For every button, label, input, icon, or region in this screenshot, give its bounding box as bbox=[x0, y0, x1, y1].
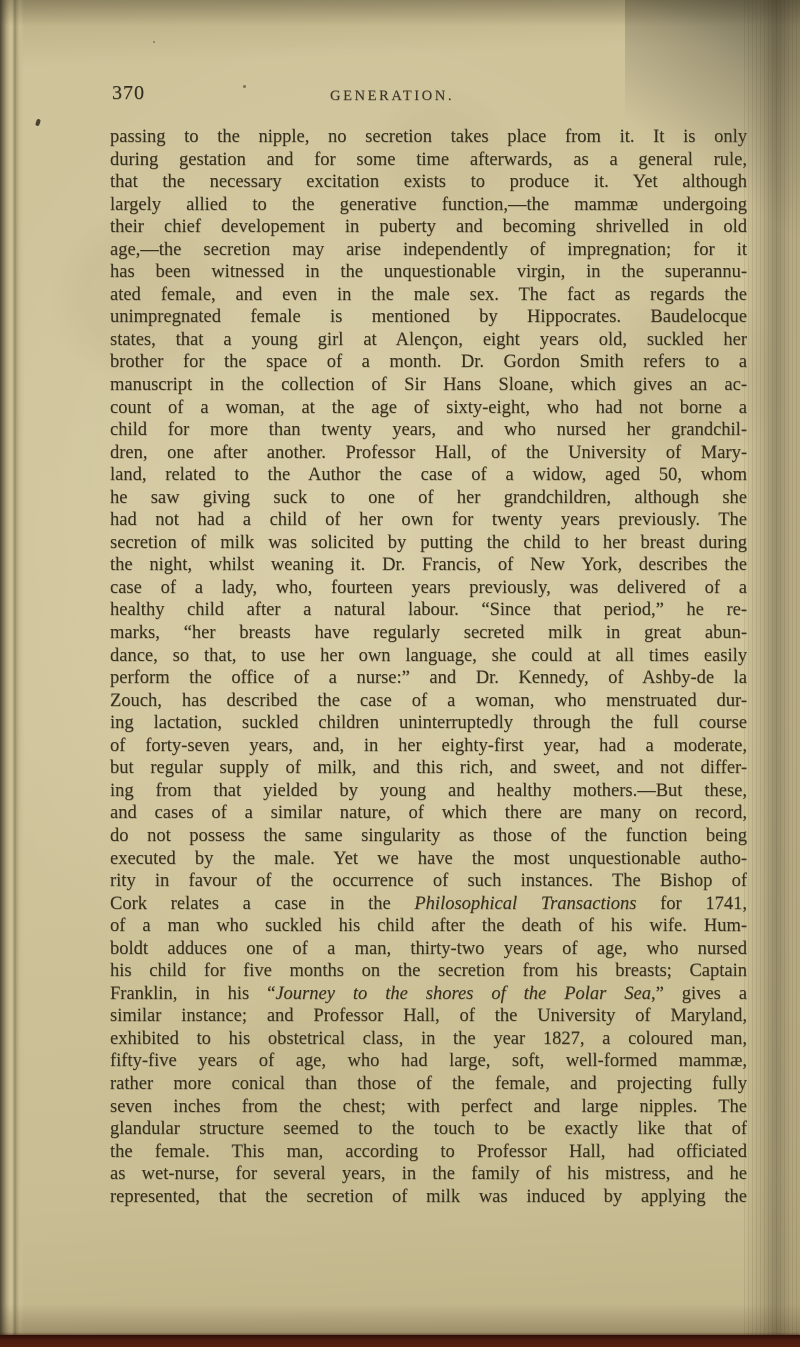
text-line: of forty-seven years, and, in her eighty… bbox=[110, 735, 747, 758]
text-line: largely allied to the generative functio… bbox=[110, 194, 747, 217]
text-line: child for more than twenty years, and wh… bbox=[110, 419, 747, 442]
text-line: dance, so that, to use her own language,… bbox=[110, 645, 747, 668]
text-line: he saw giving suck to one of her grandch… bbox=[110, 487, 747, 510]
text-line: has been witnessed in the unquestionable… bbox=[110, 261, 747, 284]
text-line: rity in favour of the occurrence of such… bbox=[110, 870, 747, 893]
text-line: ing from that yielded by young and healt… bbox=[110, 780, 747, 803]
text-line: their chief developement in puberty and … bbox=[110, 216, 747, 239]
text-line: ated female, and even in the male sex. T… bbox=[110, 284, 747, 307]
text-line: case of a lady, who, fourteen years prev… bbox=[110, 577, 747, 600]
text-line: and cases of a similar nature, of which … bbox=[110, 802, 747, 825]
text-line: glandular structure seemed to the touch … bbox=[110, 1118, 747, 1141]
text-line: rather more conical than those of the fe… bbox=[110, 1073, 747, 1096]
text-line: land, related to the Author the case of … bbox=[110, 464, 747, 487]
running-header: GENERATION. bbox=[330, 88, 454, 105]
text-line: during gestation and for some time after… bbox=[110, 149, 747, 172]
text-line: similar instance; and Professor Hall, of… bbox=[110, 1005, 747, 1028]
text-line: but regular supply of milk, and this ric… bbox=[110, 757, 747, 780]
ink-speck bbox=[35, 119, 41, 127]
text-line: the night, whilst weaning it. Dr. Franci… bbox=[110, 554, 747, 577]
text-line: unimpregnated female is mentioned by Hip… bbox=[110, 306, 747, 329]
text-line: the female. This man, according to Profe… bbox=[110, 1141, 747, 1164]
text-line: perform the office of a nurse:” and Dr. … bbox=[110, 667, 747, 690]
text-line: count of a woman, at the age of sixty-ei… bbox=[110, 397, 747, 420]
book-left-page-edges bbox=[0, 0, 24, 1347]
page-number: 370 bbox=[112, 82, 145, 105]
ink-speck bbox=[243, 85, 246, 88]
text-line: manuscript in the collection of Sir Hans… bbox=[110, 374, 747, 397]
text-line: his child for five months on the secreti… bbox=[110, 960, 747, 983]
text-line: healthy child after a natural labour. “S… bbox=[110, 599, 747, 622]
text-line: marks, “her breasts have regularly secre… bbox=[110, 622, 747, 645]
text-line: states, that a young girl at Alençon, ei… bbox=[110, 329, 747, 352]
text-line: executed by the male. Yet we have the mo… bbox=[110, 848, 747, 871]
bottom-edge-shadow bbox=[0, 1304, 800, 1336]
ink-speck bbox=[153, 41, 155, 43]
text-line: ing lactation, suckled children uninterr… bbox=[110, 712, 747, 735]
text-line: age,—the secretion may arise independent… bbox=[110, 239, 747, 262]
right-page-curl-shadow bbox=[744, 0, 800, 1335]
text-line: seven inches from the chest; with perfec… bbox=[110, 1096, 747, 1119]
body-text: passing to the nipple, no secretion take… bbox=[110, 126, 747, 1208]
text-line: that the necessary excitation exists to … bbox=[110, 171, 747, 194]
text-line: exhibited to his obstetrical class, in t… bbox=[110, 1028, 747, 1051]
text-line: brother for the space of a month. Dr. Go… bbox=[110, 351, 747, 374]
text-line: had not had a child of her own for twent… bbox=[110, 509, 747, 532]
text-line: secretion of milk was solicited by putti… bbox=[110, 532, 747, 555]
text-line: do not possess the same singularity as t… bbox=[110, 825, 747, 848]
text-line: Zouch, has described the case of a woman… bbox=[110, 690, 747, 713]
text-line: as wet-nurse, for several years, in the … bbox=[110, 1163, 747, 1186]
text-line: represented, that the secretion of milk … bbox=[110, 1186, 747, 1209]
book-cover-band bbox=[0, 1335, 800, 1347]
text-line: Cork relates a case in the Philosophical… bbox=[110, 893, 747, 916]
text-line: boldt adduces one of a man, thirty-two y… bbox=[110, 938, 747, 961]
text-line: of a man who suckled his child after the… bbox=[110, 915, 747, 938]
text-line: fifty-five years of age, who had large, … bbox=[110, 1050, 747, 1073]
top-edge-shadow bbox=[0, 0, 800, 26]
book-page-scan: 370 GENERATION. passing to the nipple, n… bbox=[0, 0, 800, 1347]
text-line: passing to the nipple, no secretion take… bbox=[110, 126, 747, 149]
text-line: Franklin, in his “Journey to the shores … bbox=[110, 983, 747, 1006]
text-line: dren, one after another. Professor Hall,… bbox=[110, 442, 747, 465]
